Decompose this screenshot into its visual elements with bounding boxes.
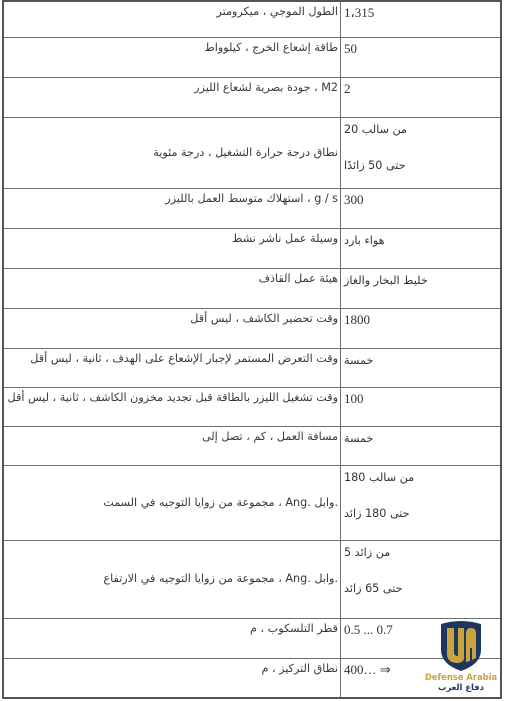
table-row: نطاق درجة حرارة التشغيل ، درجة مئوية من … [3,117,501,188]
value-text: خمسة [344,354,373,367]
table-row: هيئة عمل القاذف خليط البخار والغاز [3,268,501,308]
row-value: 1،315 [341,1,502,37]
value-text: هواء بارد [344,234,385,247]
logo-text-en: Defense Arabia [422,672,500,682]
row-label: طاقة إشعاع الخرج ، كيلوواط [3,37,341,77]
row-label: نطاق التركيز ، م [3,658,341,698]
row-value: خمسة [341,426,502,465]
table-row: وقت تحضير الكاشف ، ليس أقل 1800 [3,308,501,348]
value-line-2: حتى 180 زائد [344,506,498,522]
logo-text-ar: دفاع العرب [422,682,500,692]
row-value: 1800 [341,308,502,348]
defense-arabia-logo: Defense Arabia دفاع العرب [422,620,500,692]
row-label: g / s ، استهلاك متوسط العمل بالليزر [3,188,341,228]
value-line-1: من سالب 180 [344,471,414,484]
row-value: خمسة [341,348,502,387]
value-line-2: حتى 50 زائدًا [344,158,498,174]
table-row: .وابل .Ang ، مجموعة من زوايا التوجيه في … [3,465,501,540]
value-line-2: حتى 65 زائد [344,581,498,597]
row-value: 2 [341,77,502,117]
table-row: وقت تشغيل الليزر بالطاقة قبل تجديد مخزون… [3,387,501,426]
row-label: وقت تشغيل الليزر بالطاقة قبل تجديد مخزون… [3,387,341,426]
row-label: .وابل .Ang ، مجموعة من زوايا التوجيه في … [3,540,341,618]
table-row: M2 ، جودة بصرية لشعاع الليزر 2 [3,77,501,117]
value-text: خمسة [344,432,373,445]
row-value: 50 [341,37,502,77]
table-row: الطول الموجي ، ميكرومتر 1،315 [3,1,501,37]
table-row: مسافة العمل ، كم ، تصل إلى خمسة [3,426,501,465]
table-row: طاقة إشعاع الخرج ، كيلوواط 50 [3,37,501,77]
row-value: من سالب 180 حتى 180 زائد [341,465,502,540]
specs-table: الطول الموجي ، ميكرومتر 1،315 طاقة إشعاع… [2,0,502,699]
row-label: وسيلة عمل ناشر نشط [3,228,341,268]
row-value: من زائد 5 حتى 65 زائد [341,540,502,618]
row-label: وقت تحضير الكاشف ، ليس أقل [3,308,341,348]
table-row: وقت التعرض المستمر لإجبار الإشعاع على ال… [3,348,501,387]
row-value: 100 [341,387,502,426]
row-value: من سالب 20 حتى 50 زائدًا [341,117,502,188]
row-label: الطول الموجي ، ميكرومتر [3,1,341,37]
row-label: قطر التلسكوب ، م [3,618,341,658]
row-value: هواء بارد [341,228,502,268]
row-value: 300 [341,188,502,228]
row-label: M2 ، جودة بصرية لشعاع الليزر [3,77,341,117]
shield-icon [439,620,483,672]
table-row: .وابل .Ang ، مجموعة من زوايا التوجيه في … [3,540,501,618]
value-line-1: من سالب 20 [344,123,407,136]
row-label: .وابل .Ang ، مجموعة من زوايا التوجيه في … [3,465,341,540]
value-text: خليط البخار والغاز [344,274,428,287]
row-value: خليط البخار والغاز [341,268,502,308]
row-label: هيئة عمل القاذف [3,268,341,308]
row-label: وقت التعرض المستمر لإجبار الإشعاع على ال… [3,348,341,387]
value-line-1: من زائد 5 [344,546,390,559]
table-row: g / s ، استهلاك متوسط العمل بالليزر 300 [3,188,501,228]
row-label: مسافة العمل ، كم ، تصل إلى [3,426,341,465]
table-row: وسيلة عمل ناشر نشط هواء بارد [3,228,501,268]
row-label: نطاق درجة حرارة التشغيل ، درجة مئوية [3,117,341,188]
